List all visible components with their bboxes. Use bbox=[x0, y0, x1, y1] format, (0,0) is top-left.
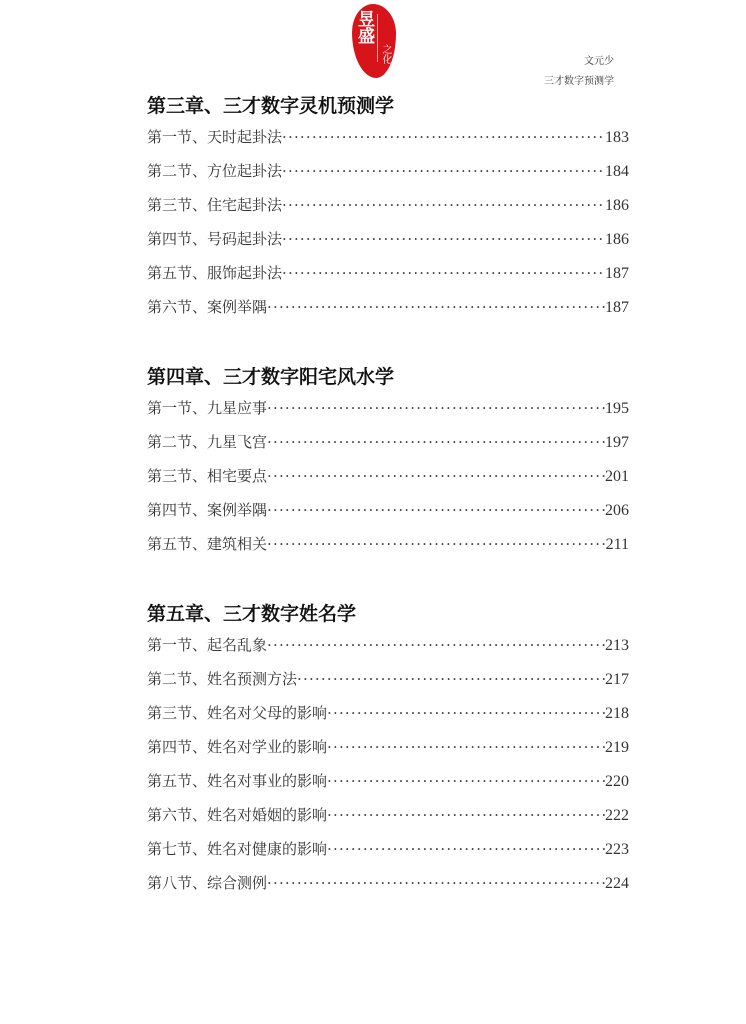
seal-logo: 昱盛 之化 bbox=[352, 4, 396, 78]
section-label: 第一节、起名乱象 bbox=[147, 634, 267, 655]
section-label: 第三节、姓名对父母的影响 bbox=[147, 702, 327, 723]
leader-dots bbox=[282, 230, 605, 248]
page-number: 201 bbox=[605, 468, 629, 486]
page-number: 195 bbox=[605, 400, 629, 418]
page-number: 197 bbox=[605, 434, 629, 452]
toc-row[interactable]: 第三节、相宅要点201 bbox=[147, 465, 629, 499]
leader-dots bbox=[327, 704, 605, 722]
page-number: 223 bbox=[605, 841, 629, 859]
header-author: 文元少 bbox=[544, 52, 614, 72]
toc-chapter-4: 第四章、三才数字阳宅风水学 第一节、九星应事195 第二节、九星飞宫197 第三… bbox=[147, 363, 629, 567]
section-label: 第四节、号码起卦法 bbox=[147, 228, 282, 249]
leader-dots bbox=[267, 874, 605, 892]
section-label: 第五节、服饰起卦法 bbox=[147, 262, 282, 283]
leader-dots bbox=[282, 264, 605, 282]
section-label: 第三节、相宅要点 bbox=[147, 465, 267, 486]
section-label: 第八节、综合测例 bbox=[147, 872, 267, 893]
toc-row[interactable]: 第七节、姓名对健康的影响223 bbox=[147, 838, 629, 872]
toc-row[interactable]: 第二节、姓名预测方法217 bbox=[147, 668, 629, 702]
toc-row[interactable]: 第五节、服饰起卦法187 bbox=[147, 262, 629, 296]
toc-row[interactable]: 第三节、住宅起卦法186 bbox=[147, 194, 629, 228]
page-number: 187 bbox=[605, 299, 629, 317]
page-number: 213 bbox=[605, 637, 629, 655]
page-number: 186 bbox=[605, 231, 629, 249]
leader-dots bbox=[327, 738, 605, 756]
section-label: 第二节、九星飞宫 bbox=[147, 431, 267, 452]
toc-row[interactable]: 第一节、天时起卦法183 bbox=[147, 126, 629, 160]
seal-main-text: 昱盛 bbox=[356, 10, 376, 44]
toc-chapter-3: 第三章、三才数字灵机预测学 第一节、天时起卦法183 第二节、方位起卦法184 … bbox=[147, 92, 629, 330]
toc-row[interactable]: 第五节、建筑相关211 bbox=[147, 533, 629, 567]
chapter-title: 第五章、三才数字姓名学 bbox=[147, 600, 629, 634]
page-number: 183 bbox=[605, 129, 629, 147]
leader-dots bbox=[267, 501, 605, 519]
toc-row[interactable]: 第四节、号码起卦法186 bbox=[147, 228, 629, 262]
leader-dots bbox=[267, 298, 605, 316]
chapter-title: 第四章、三才数字阳宅风水学 bbox=[147, 363, 629, 397]
page-number: 224 bbox=[605, 875, 629, 893]
leader-dots bbox=[267, 636, 605, 654]
leader-dots bbox=[327, 806, 605, 824]
toc-row[interactable]: 第五节、姓名对事业的影响220 bbox=[147, 770, 629, 804]
toc-row[interactable]: 第一节、九星应事195 bbox=[147, 397, 629, 431]
leader-dots bbox=[282, 196, 605, 214]
seal-sub-text: 之化 bbox=[380, 44, 392, 64]
leader-dots bbox=[282, 128, 605, 146]
leader-dots bbox=[327, 840, 605, 858]
leader-dots bbox=[267, 433, 605, 451]
section-label: 第六节、姓名对婚姻的影响 bbox=[147, 804, 327, 825]
section-label: 第二节、姓名预测方法 bbox=[147, 668, 297, 689]
section-label: 第五节、建筑相关 bbox=[147, 533, 267, 554]
page-number: 219 bbox=[605, 739, 629, 757]
section-label: 第四节、姓名对学业的影响 bbox=[147, 736, 327, 757]
section-label: 第一节、九星应事 bbox=[147, 397, 267, 418]
toc-row[interactable]: 第四节、案例举隅206 bbox=[147, 499, 629, 533]
toc-row[interactable]: 第一节、起名乱象213 bbox=[147, 634, 629, 668]
toc-row[interactable]: 第六节、案例举隅187 bbox=[147, 296, 629, 330]
page-number: 206 bbox=[605, 502, 629, 520]
toc-row[interactable]: 第六节、姓名对婚姻的影响222 bbox=[147, 804, 629, 838]
section-label: 第七节、姓名对健康的影响 bbox=[147, 838, 327, 859]
page-number: 184 bbox=[605, 163, 629, 181]
leader-dots bbox=[282, 162, 605, 180]
toc-row[interactable]: 第八节、综合测例224 bbox=[147, 872, 629, 906]
section-label: 第一节、天时起卦法 bbox=[147, 126, 282, 147]
page-number: 187 bbox=[605, 265, 629, 283]
section-label: 第四节、案例举隅 bbox=[147, 499, 267, 520]
toc-chapter-5: 第五章、三才数字姓名学 第一节、起名乱象213 第二节、姓名预测方法217 第三… bbox=[147, 600, 629, 906]
toc-row[interactable]: 第三节、姓名对父母的影响218 bbox=[147, 702, 629, 736]
toc-row[interactable]: 第四节、姓名对学业的影响219 bbox=[147, 736, 629, 770]
section-label: 第五节、姓名对事业的影响 bbox=[147, 770, 327, 791]
page-number: 211 bbox=[606, 536, 629, 554]
leader-dots bbox=[297, 670, 605, 688]
page-number: 217 bbox=[605, 671, 629, 689]
section-label: 第二节、方位起卦法 bbox=[147, 160, 282, 181]
page-number: 220 bbox=[605, 773, 629, 791]
leader-dots bbox=[267, 467, 605, 485]
page-number: 186 bbox=[605, 197, 629, 215]
seal-divider bbox=[377, 14, 378, 62]
leader-dots bbox=[267, 399, 605, 417]
page-number: 218 bbox=[605, 705, 629, 723]
page-header: 文元少 三才数字预测学 bbox=[544, 52, 614, 92]
toc-row[interactable]: 第二节、方位起卦法184 bbox=[147, 160, 629, 194]
leader-dots bbox=[327, 772, 605, 790]
header-book-title: 三才数字预测学 bbox=[544, 72, 614, 92]
page-number: 222 bbox=[605, 807, 629, 825]
leader-dots bbox=[267, 535, 606, 553]
section-label: 第三节、住宅起卦法 bbox=[147, 194, 282, 215]
section-label: 第六节、案例举隅 bbox=[147, 296, 267, 317]
toc-row[interactable]: 第二节、九星飞宫197 bbox=[147, 431, 629, 465]
chapter-title: 第三章、三才数字灵机预测学 bbox=[147, 92, 629, 126]
